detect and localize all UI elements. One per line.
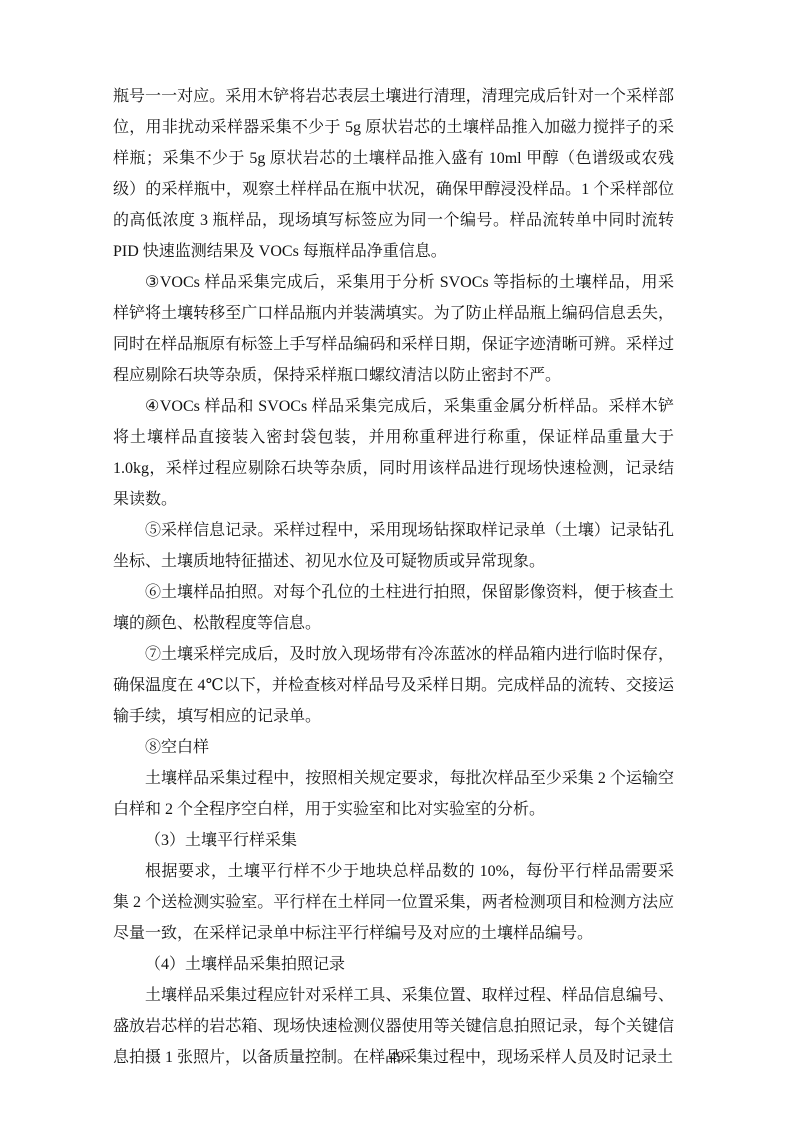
paragraph-continuation: 瓶号一一对应。采用木铲将岩芯表层土壤进行清理，清理完成后针对一个采样部位，用非扰…	[113, 81, 674, 267]
heading-4-photo-record: （4）土壤样品采集拍照记录	[113, 949, 674, 980]
paragraph-item-8-blank-sample: ⑧空白样	[113, 732, 674, 763]
paragraph-item-6-photo: ⑥土壤样品拍照。对每个孔位的土柱进行拍照，保留影像资料，便于核查土壤的颜色、松散…	[113, 577, 674, 639]
document-page: 瓶号一一对应。采用木铲将岩芯表层土壤进行清理，清理完成后针对一个采样部位，用非扰…	[0, 0, 793, 1122]
paragraph-parallel-sampling-detail: 根据要求，土壤平行样不少于地块总样品数的 10%，每份平行样品需要采集 2 个送…	[113, 856, 674, 949]
paragraph-blank-sample-detail: 土壤样品采集过程中，按照相关规定要求，每批次样品至少采集 2 个运输空白样和 2…	[113, 763, 674, 825]
paragraph-item-4-heavy-metal: ④VOCs 样品和 SVOCs 样品采集完成后，采集重金属分析样品。采样木铲将土…	[113, 391, 674, 515]
paragraph-item-7-storage: ⑦土壤采样完成后，及时放入现场带有冷冻蓝冰的样品箱内进行临时保存，确保温度在 4…	[113, 639, 674, 732]
page-number: 49	[0, 1046, 793, 1068]
paragraph-item-5-record: ⑤采样信息记录。采样过程中，采用现场钻探取样记录单（土壤）记录钻孔坐标、土壤质地…	[113, 515, 674, 577]
heading-3-parallel-sampling: （3）土壤平行样采集	[113, 825, 674, 856]
paragraph-item-3-vocs: ③VOCs 样品采集完成后，采集用于分析 SVOCs 等指标的土壤样品，用采样铲…	[113, 267, 674, 391]
document-body: 瓶号一一对应。采用木铲将岩芯表层土壤进行清理，清理完成后针对一个采样部位，用非扰…	[113, 81, 674, 1073]
